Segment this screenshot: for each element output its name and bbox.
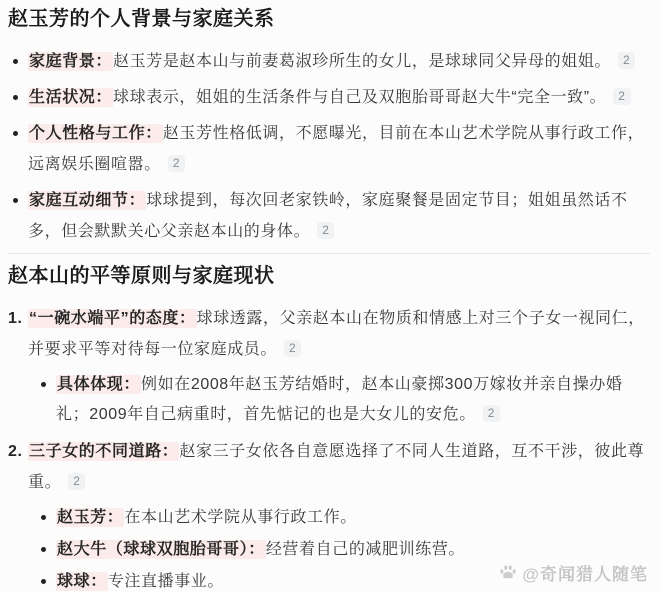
item-label: “一碗水端平”的态度： bbox=[28, 309, 197, 328]
item-label: 个人性格与工作： bbox=[28, 124, 163, 143]
baidu-paw-logo-icon bbox=[498, 563, 518, 583]
item-number: 2. bbox=[8, 436, 23, 467]
watermark: @奇闻猎人随笔 bbox=[498, 560, 648, 585]
item-label: 三子女的不同道路： bbox=[28, 442, 179, 461]
section-divider bbox=[8, 253, 650, 254]
list-item: 家庭背景：赵玉芳是赵本山与前妻葛淑珍所生的女儿，是球球同父异母的姐姐。2 bbox=[8, 46, 650, 77]
sub-list-item: 赵玉芳：在本山艺术学院从事行政工作。 bbox=[38, 503, 650, 533]
citation-badge[interactable]: 2 bbox=[168, 155, 185, 172]
section-heading: 赵玉芳的个人背景与家庭关系 bbox=[8, 6, 650, 33]
bullet-icon bbox=[13, 95, 18, 100]
item-text: 赵玉芳是赵本山与前妻葛淑珍所生的女儿，是球球同父异母的姐姐。 bbox=[113, 53, 611, 70]
watermark-handle: @奇闻猎人随笔 bbox=[522, 560, 648, 585]
item-label: 具体体现： bbox=[56, 375, 141, 394]
item-text: 球球表示，姐姐的生活条件与自己及双胞胎哥哥赵大牛“完全一致”。 bbox=[113, 89, 606, 106]
item-number: 1. bbox=[8, 303, 23, 334]
item-label: 家庭互动细节： bbox=[28, 191, 146, 210]
bullet-icon bbox=[41, 547, 46, 552]
bullet-icon bbox=[41, 515, 46, 520]
numbered-item: 1. “一碗水端平”的态度：球球透露，父亲赵本山在物质和情感上对三个子女一视同仁… bbox=[8, 303, 650, 430]
bullet-icon bbox=[41, 382, 46, 387]
sub-list-item: 具体体现：例如在2008年赵玉芳结婚时，赵本山豪掷300万嫁妆并亲自操办婚礼；2… bbox=[38, 370, 650, 430]
bullet-icon bbox=[13, 131, 18, 136]
citation-badge[interactable]: 2 bbox=[284, 340, 301, 357]
list-item: 个人性格与工作：赵玉芳性格低调，不愿曝光，目前在本山艺术学院从事行政工作，远离娱… bbox=[8, 118, 650, 180]
list-item: 家庭互动细节：球球提到，每次回老家铁岭，家庭聚餐是固定节目；姐姐虽然话不多，但会… bbox=[8, 185, 650, 247]
bullet-list: 家庭背景：赵玉芳是赵本山与前妻葛淑珍所生的女儿，是球球同父异母的姐姐。2 生活状… bbox=[8, 46, 650, 247]
section-heading: 赵本山的平等原则与家庭现状 bbox=[8, 263, 650, 290]
item-label: 家庭背景： bbox=[28, 52, 113, 71]
bullet-icon bbox=[41, 579, 46, 584]
citation-badge[interactable]: 2 bbox=[613, 88, 630, 105]
citation-badge[interactable]: 2 bbox=[317, 222, 334, 239]
item-label: 赵大牛（球球双胞胎哥哥）： bbox=[56, 540, 266, 559]
answer-page: { "colors": { "heading": "#1c1c1c", "bod… bbox=[0, 0, 660, 593]
bullet-icon bbox=[13, 198, 18, 203]
sub-bullet-list: 具体体现：例如在2008年赵玉芳结婚时，赵本山豪掷300万嫁妆并亲自操办婚礼；2… bbox=[38, 370, 650, 430]
numbered-list: 1. “一碗水端平”的态度：球球透露，父亲赵本山在物质和情感上对三个子女一视同仁… bbox=[8, 303, 650, 593]
citation-badge[interactable]: 2 bbox=[618, 52, 635, 69]
item-label: 球球： bbox=[56, 572, 108, 591]
citation-badge[interactable]: 2 bbox=[483, 405, 500, 422]
item-label: 赵玉芳： bbox=[56, 508, 124, 527]
item-text: 例如在2008年赵玉芳结婚时，赵本山豪掷300万嫁妆并亲自操办婚礼；2009年自… bbox=[56, 376, 623, 423]
item-text: 在本山艺术学院从事行政工作。 bbox=[124, 509, 356, 526]
citation-badge[interactable]: 2 bbox=[68, 473, 85, 490]
item-text: 经营着自己的减肥训练营。 bbox=[266, 541, 465, 558]
item-text: 专注直播事业。 bbox=[108, 573, 224, 590]
list-item: 生活状况：球球表示，姐姐的生活条件与自己及双胞胎哥哥赵大牛“完全一致”。2 bbox=[8, 82, 650, 113]
bullet-icon bbox=[13, 59, 18, 64]
item-label: 生活状况： bbox=[28, 88, 113, 107]
